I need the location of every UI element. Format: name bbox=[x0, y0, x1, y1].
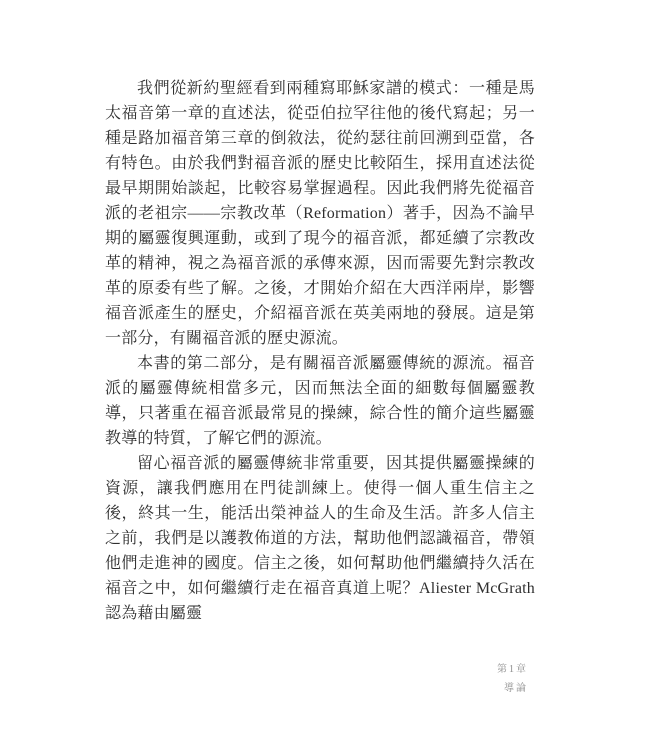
footer-chapter-number: 第1章 bbox=[497, 660, 528, 679]
paragraph-gospel-genealogy: 我們從新約聖經看到兩種寫耶穌家譜的模式：一種是馬太福音第一章的直述法，從亞伯拉罕… bbox=[105, 76, 535, 351]
footer-chapter-title: 導論 bbox=[497, 679, 528, 698]
body-text: 我們從新約聖經看到兩種寫耶穌家譜的模式：一種是馬太福音第一章的直述法，從亞伯拉罕… bbox=[105, 76, 535, 626]
paragraph-spiritual-tradition-importance: 留心福音派的屬靈傳統非常重要，因其提供屬靈操練的資源，讓我們應用在門徒訓練上。使… bbox=[105, 451, 535, 626]
book-page: 我們從新約聖經看到兩種寫耶穌家譜的模式：一種是馬太福音第一章的直述法，從亞伯拉罕… bbox=[0, 0, 650, 750]
page-footer: 第1章 導論 bbox=[497, 660, 528, 698]
paragraph-part-two-overview: 本書的第二部分，是有關福音派屬靈傳統的源流。福音派的屬靈傳統相當多元，因而無法全… bbox=[105, 351, 535, 451]
